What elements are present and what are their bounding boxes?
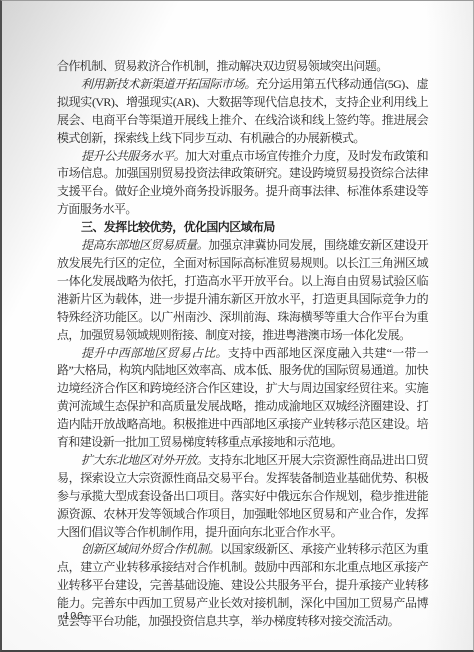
paragraph: 提升中西部地区贸易占比。支持中西部地区深度融入共建“一带一路”大格局，构筑内陆地… [57,345,428,452]
paragraph: 利用新技术新渠道开拓国际市场。充分运用第五代移动通信(5G)、虚拟现实(VR)、… [57,76,428,148]
paragraph-lead: 扩大东北地区对外开放。 [81,453,208,467]
paragraph-lead: 利用新技术新渠道开拓国际市场。 [81,77,256,91]
paragraph-lead: 提升公共服务水平。 [81,149,185,163]
document-page: 合作机制、贸易救济合作机制，推动解决双边贸易领域突出问题。 利用新技术新渠道开拓… [0,0,474,652]
paragraph: 合作机制、贸易救济合作机制，推动解决双边贸易领域突出问题。 [57,58,428,76]
paragraph-text: 合作机制、贸易救济合作机制，推动解决双边贸易领域突出问题。 [57,59,388,73]
paragraph: 提高东部地区贸易质量。加强京津冀协同发展，围绕雄安新区建设开放发展先行区的定位，… [57,237,428,344]
section-heading: 三、发挥比较优势，优化国内区域布局 [57,219,428,237]
paragraph: 提升公共服务水平。加大对重点市场宣传推介力度，及时发布政策和市场信息。加强国别贸… [57,148,428,220]
paragraph-lead: 创新区域间外贸合作机制。 [81,542,220,556]
paragraph-lead: 提升中西部地区贸易占比。 [81,346,228,360]
paragraph: 创新区域间外贸合作机制。以国家级新区、承接产业转移示范区为重点，建立产业转移承接… [57,541,428,631]
paragraph-text: 支持中西部地区深度融入共建“一带一路”大格局，构筑内陆地区效率高、成本低、服务优… [57,346,428,450]
page-number: -106- [59,610,89,622]
paragraph-text: 加强京津冀协同发展，围绕雄安新区建设开放发展先行区的定位，全面对标国际高标准贸易… [57,238,428,342]
text-block: 合作机制、贸易救济合作机制，推动解决双边贸易领域突出问题。 利用新技术新渠道开拓… [57,58,428,631]
paragraph: 扩大东北地区对外开放。支持东北地区开展大宗资源性商品进出口贸易，探索设立大宗资源… [57,452,428,542]
paragraph-lead: 提高东部地区贸易质量。 [81,238,208,252]
